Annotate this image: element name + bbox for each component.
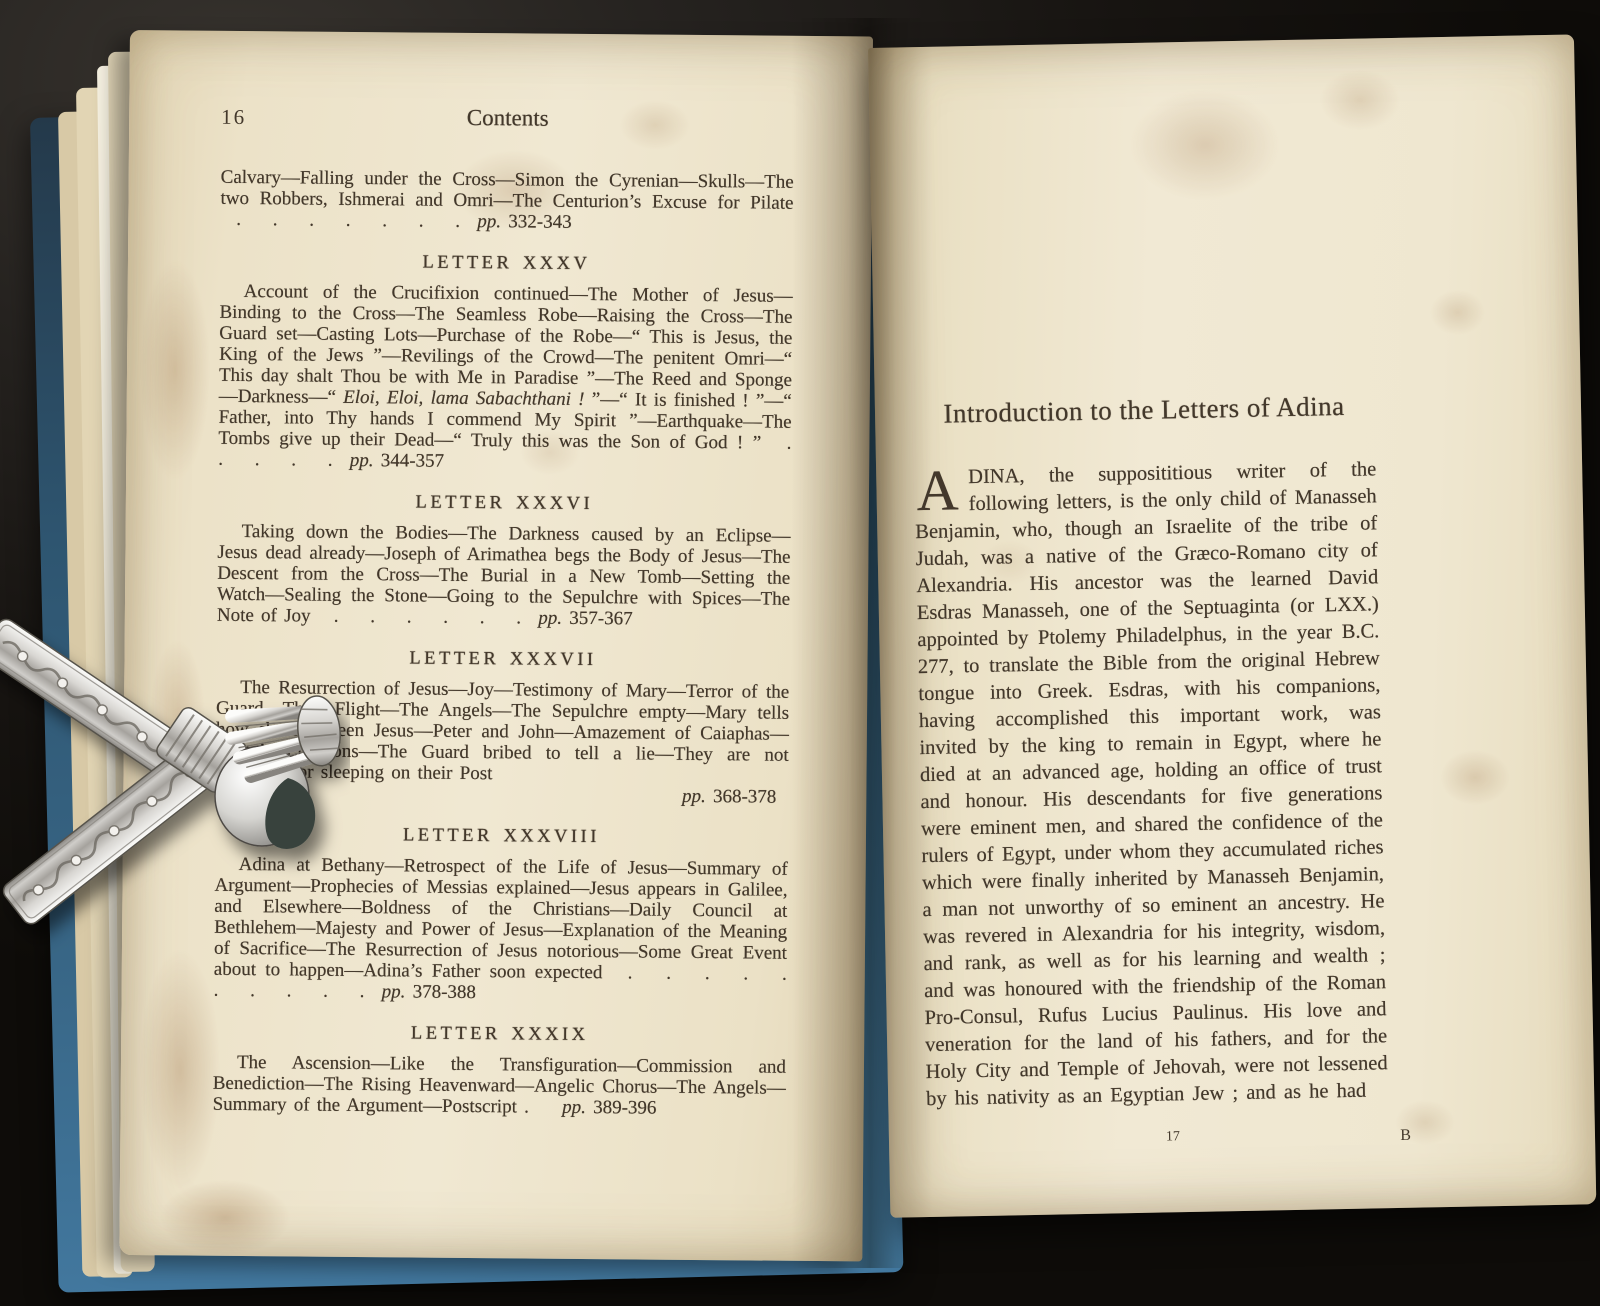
clasp-graphic — [0, 582, 350, 982]
letter-heading: LETTER XXXV — [220, 251, 793, 277]
contents-entry: The Ascension—Like the Transfiguration—C… — [213, 1052, 787, 1120]
introduction-page: Introduction to the Letters of Adina ADI… — [868, 34, 1596, 1217]
page-range: pp. 357-367 — [538, 608, 633, 630]
letter-heading: LETTER XXXIX — [213, 1022, 786, 1048]
letter-heading: LETTER XXXVI — [218, 491, 791, 517]
signature-mark: B — [1400, 1126, 1411, 1144]
contents-entry-continuation: Calvary—Falling under the Cross—Simon th… — [220, 167, 794, 235]
contents-entry: Account of the Crucifixion continued—The… — [218, 281, 793, 475]
silver-book-clasp — [0, 582, 350, 982]
page-number: 17 — [1166, 1129, 1180, 1145]
page-header: 16 Contents — [221, 105, 794, 138]
photo-scene: 16 Contents Calvary—Falling under the Cr… — [0, 0, 1600, 1306]
entry-body: The Ascension—Like the Transfiguration—C… — [213, 1052, 787, 1118]
chapter-heading: Introduction to the Letters of Adina — [913, 390, 1376, 430]
dot-leaders: . . . . . . . — [220, 209, 470, 232]
page-range: pp. 389-396 — [562, 1097, 657, 1119]
entry-body: Calvary—Falling under the Cross—Simon th… — [220, 167, 793, 214]
paragraph-text: DINA, the supposititious writer of the f… — [915, 458, 1388, 1110]
page-range: pp. 378-388 — [382, 981, 477, 1003]
dot-leaders — [536, 1097, 562, 1118]
page-range: pp. 332-343 — [477, 211, 572, 233]
introduction-paragraph: ADINA, the supposititious writer of the … — [914, 456, 1388, 1113]
drop-cap: A — [914, 464, 969, 513]
entry-body-italic: Eloi, Eloi, lama Sabachthani ! — [343, 387, 584, 410]
page-range: pp. 344-357 — [350, 450, 445, 472]
contents-title: Contents — [221, 103, 794, 134]
page-footer: 17 B — [927, 1125, 1389, 1156]
